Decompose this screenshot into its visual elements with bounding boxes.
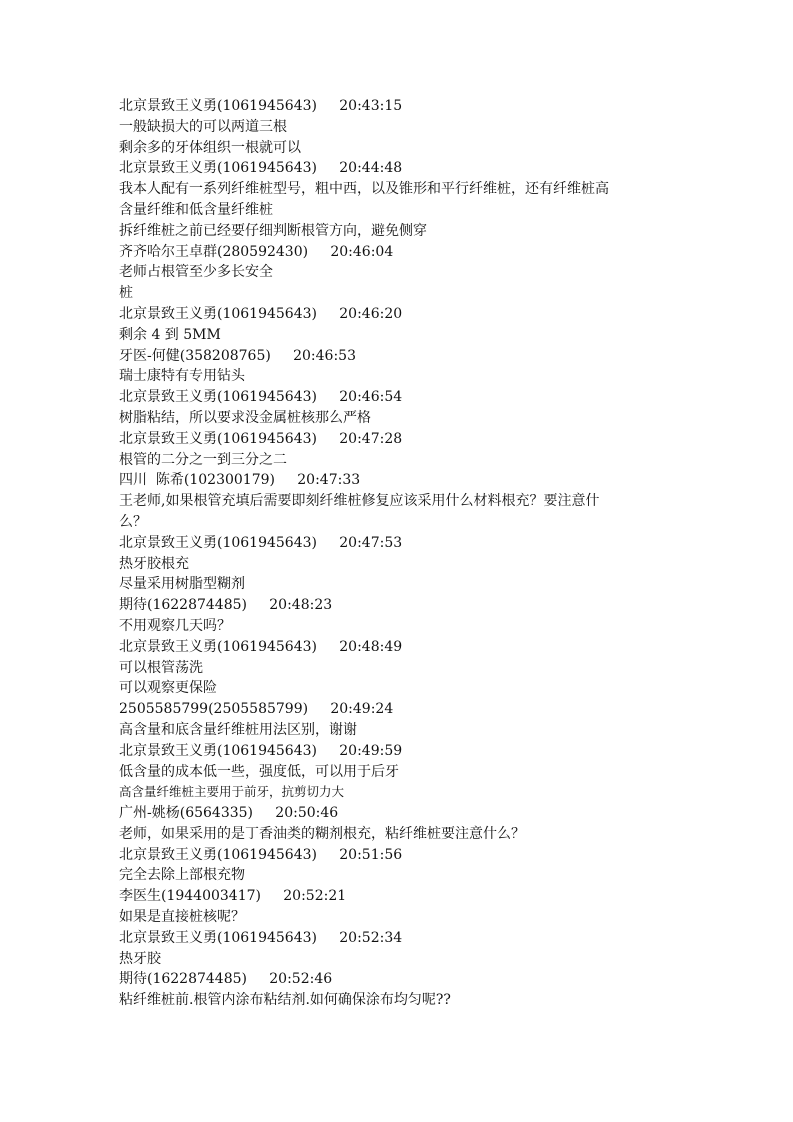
timestamp: 20:47:28 xyxy=(339,431,402,447)
timestamp: 20:52:21 xyxy=(283,888,346,904)
message-text: 么？ xyxy=(119,512,689,533)
message-header: 期待(1622874485) 20:52:46 xyxy=(119,969,689,990)
message-text: 我本人配有一系列纤维桩型号，粗中西，以及锥形和平行纤维桩，还有纤维桩高 xyxy=(119,179,689,200)
message-text: 瑞士康特有专用钻头 xyxy=(119,366,689,387)
message-text: 热牙胶根充 xyxy=(119,554,689,575)
spacer xyxy=(317,847,339,863)
spacer xyxy=(317,98,339,114)
sender-name: 北京景致王义勇(1061945643) xyxy=(119,639,317,655)
spacer xyxy=(317,930,339,946)
message-text: 热牙胶 xyxy=(119,949,689,970)
message-header: 北京景致王义勇(1061945643) 20:47:53 xyxy=(119,533,689,554)
message-text: 粘纤维桩前.根管内涂布粘结剂.如何确保涂布均匀呢?? xyxy=(119,990,689,1011)
message-header: 北京景致王义勇(1061945643) 20:46:54 xyxy=(119,387,689,408)
spacer xyxy=(317,535,339,551)
message-header: 北京景致王义勇(1061945643) 20:46:20 xyxy=(119,304,689,325)
message-header: 期待(1622874485) 20:48:23 xyxy=(119,595,689,616)
spacer xyxy=(253,805,275,821)
sender-name: 期待(1622874485) xyxy=(119,971,247,987)
timestamp: 20:46:54 xyxy=(339,389,402,405)
spacer xyxy=(317,743,339,759)
message-header: 李医生(1944003417) 20:52:21 xyxy=(119,886,689,907)
spacer xyxy=(317,431,339,447)
message-header: 2505585799(2505585799) 20:49:24 xyxy=(119,699,689,720)
sender-name: 北京景致王义勇(1061945643) xyxy=(119,98,317,114)
message-text: 完全去除上部根充物 xyxy=(119,865,689,886)
spacer xyxy=(308,701,330,717)
sender-name: 2505585799(2505585799) xyxy=(119,701,308,717)
timestamp: 20:46:20 xyxy=(339,306,402,322)
timestamp: 20:47:53 xyxy=(339,535,402,551)
message-text: 树脂粘结，所以要求没金属桩核那么严格 xyxy=(119,408,689,429)
spacer xyxy=(261,888,283,904)
message-text: 老师，如果采用的是丁香油类的糊剂根充，粘纤维桩要注意什么？ xyxy=(119,824,689,845)
message-text: 剩余 4 到 5MM xyxy=(119,325,689,346)
timestamp: 20:49:24 xyxy=(330,701,393,717)
message-text: 根管的二分之一到三分之二 xyxy=(119,450,689,471)
message-text: 拆纤维桩之前已经要仔细判断根管方向，避免侧穿 xyxy=(119,221,689,242)
sender-name: 北京景致王义勇(1061945643) xyxy=(119,431,317,447)
timestamp: 20:52:46 xyxy=(269,971,332,987)
spacer xyxy=(247,971,269,987)
timestamp: 20:51:56 xyxy=(339,847,402,863)
sender-name: 北京景致王义勇(1061945643) xyxy=(119,389,317,405)
message-text: 剩余多的牙体组织一根就可以 xyxy=(119,138,689,159)
message-header: 牙医-何健(358208765) 20:46:53 xyxy=(119,346,689,367)
message-text: 一般缺损大的可以两道三根 xyxy=(119,117,689,138)
timestamp: 20:46:04 xyxy=(330,244,393,260)
sender-name: 北京景致王义勇(1061945643) xyxy=(119,743,317,759)
spacer xyxy=(317,160,339,176)
message-text: 可以根管荡洗 xyxy=(119,658,689,679)
spacer xyxy=(317,639,339,655)
message-text: 可以观察更保险 xyxy=(119,678,689,699)
message-header: 广州-姚杨(6564335) 20:50:46 xyxy=(119,803,689,824)
spacer xyxy=(275,472,297,488)
message-header: 北京景致王义勇(1061945643) 20:49:59 xyxy=(119,741,689,762)
message-header: 北京景致王义勇(1061945643) 20:47:28 xyxy=(119,429,689,450)
sender-name: 北京景致王义勇(1061945643) xyxy=(119,930,317,946)
timestamp: 20:43:15 xyxy=(339,98,402,114)
sender-name: 北京景致王义勇(1061945643) xyxy=(119,160,317,176)
message-header: 北京景致王义勇(1061945643) 20:43:15 xyxy=(119,96,689,117)
sender-name: 北京景致王义勇(1061945643) xyxy=(119,535,317,551)
message-text: 高含量和底含量纤维桩用法区别，谢谢 xyxy=(119,720,689,741)
message-text: 王老师,如果根管充填后需要即刻纤维桩修复应该采用什么材料根充？要注意什 xyxy=(119,491,689,512)
timestamp: 20:48:49 xyxy=(339,639,402,655)
timestamp: 20:44:48 xyxy=(339,160,402,176)
sender-name: 齐齐哈尔王卓群(280592430) xyxy=(119,244,308,260)
timestamp: 20:46:53 xyxy=(293,348,356,364)
sender-name: 期待(1622874485) xyxy=(119,597,247,613)
message-text: 老师占根管至少多长安全 xyxy=(119,262,689,283)
message-text: 桩 xyxy=(119,283,689,304)
chat-log-document: 北京景致王义勇(1061945643) 20:43:15一般缺损大的可以两道三根… xyxy=(119,96,689,1011)
spacer xyxy=(308,244,330,260)
sender-name: 广州-姚杨(6564335) xyxy=(119,805,253,821)
sender-name: 北京景致王义勇(1061945643) xyxy=(119,847,317,863)
spacer xyxy=(317,389,339,405)
message-text: 低含量的成本低一些，强度低，可以用于后牙 xyxy=(119,762,689,783)
message-text: 含量纤维和低含量纤维桩 xyxy=(119,200,689,221)
message-text: 高含量纤维桩主要用于前牙，抗剪切力大 xyxy=(119,782,689,803)
timestamp: 20:49:59 xyxy=(339,743,402,759)
message-header: 齐齐哈尔王卓群(280592430) 20:46:04 xyxy=(119,242,689,263)
sender-name: 牙医-何健(358208765) xyxy=(119,348,271,364)
timestamp: 20:52:34 xyxy=(339,930,402,946)
timestamp: 20:48:23 xyxy=(269,597,332,613)
message-header: 北京景致王义勇(1061945643) 20:48:49 xyxy=(119,637,689,658)
timestamp: 20:47:33 xyxy=(297,472,360,488)
spacer xyxy=(247,597,269,613)
spacer xyxy=(271,348,293,364)
message-header: 四川 陈希(102300179) 20:47:33 xyxy=(119,470,689,491)
message-header: 北京景致王义勇(1061945643) 20:44:48 xyxy=(119,158,689,179)
message-header: 北京景致王义勇(1061945643) 20:52:34 xyxy=(119,928,689,949)
message-text: 不用观察几天吗？ xyxy=(119,616,689,637)
message-header: 北京景致王义勇(1061945643) 20:51:56 xyxy=(119,845,689,866)
spacer xyxy=(317,306,339,322)
message-text: 尽量采用树脂型糊剂 xyxy=(119,574,689,595)
message-text: 如果是直接桩核呢？ xyxy=(119,907,689,928)
timestamp: 20:50:46 xyxy=(275,805,338,821)
sender-name: 北京景致王义勇(1061945643) xyxy=(119,306,317,322)
sender-name: 四川 陈希(102300179) xyxy=(119,472,275,488)
sender-name: 李医生(1944003417) xyxy=(119,888,261,904)
